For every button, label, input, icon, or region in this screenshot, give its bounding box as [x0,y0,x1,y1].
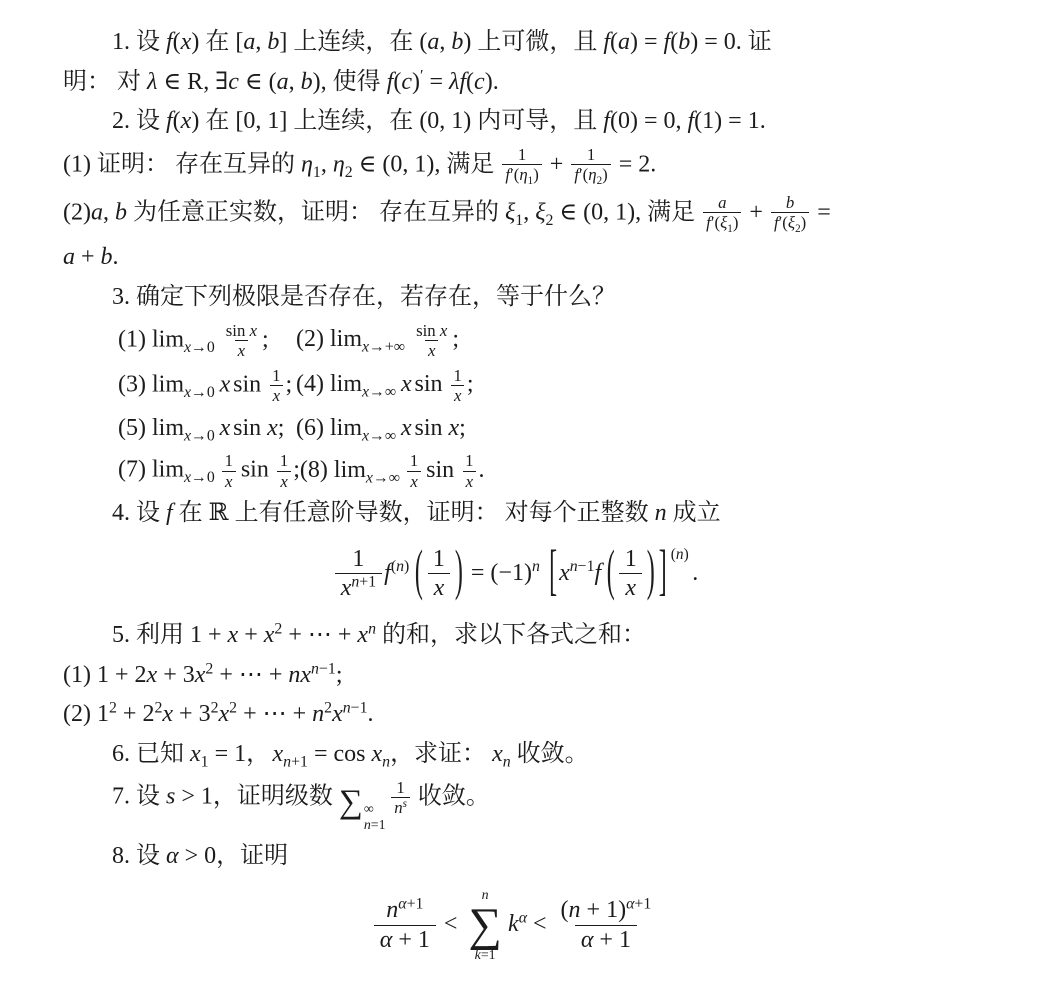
numerator: 1 [407,451,421,470]
math-variable: n [676,546,684,563]
math-run: x [371,741,382,767]
denominator: f′(η2) [571,164,610,187]
math-run: + [743,200,769,226]
math-run: α + 1 [581,927,631,953]
math-symbol: ) [602,165,608,184]
text: 证 [742,29,772,55]
math-symbol: −1 [319,660,336,677]
math-symbol: < [438,911,464,937]
math-variable: α [380,927,393,953]
math-roman: lim [330,371,362,397]
math-symbol: 2 [211,700,219,717]
group-content: 1x [425,545,453,604]
math-variable: x [184,384,191,401]
math-variable: s [166,783,175,809]
math-symbol: (0) = 0, [610,108,688,134]
denominator: x [463,471,476,491]
text: 在 [199,29,235,55]
sum-lower-limit: k=1 [475,948,496,963]
subscript: 1 [515,212,523,229]
subscript: x→∞ [362,427,396,444]
math-symbol: 7. [112,783,136,809]
math-run: x [238,341,245,360]
subscript: 2 [345,164,353,181]
fraction: 1x [427,545,451,604]
math-variable: n [532,558,540,575]
subscript: n [503,754,511,771]
math-symbol: ; [286,371,293,397]
text: 成立 [667,500,721,526]
math-symbol: ′( [510,165,519,184]
problem2-part2: (2)a, b 为任意正实数，证明： 存在互异的 ξ1, ξ2 ∈ (0, 1)… [63,193,968,235]
math-variable: x [267,415,278,441]
math-symbol: . [479,457,485,483]
math-variable: f [166,108,173,134]
text: 为任意正实数，证明： 存在互异的 [133,200,505,226]
math-roman: lim [152,415,184,441]
math-run: η [301,151,313,177]
denominator: ns [391,797,410,817]
numerator: 1 [222,451,236,470]
math-run: 1 [454,366,462,385]
math-symbol: 1 [454,366,462,385]
math-symbol: 1. [112,29,136,55]
math-run: f [594,559,601,585]
math-variable: a [63,244,75,270]
math-symbol: (5) [118,415,152,441]
superscript: (n) [391,558,409,575]
math-symbol: . [113,244,119,270]
math-run: (3) [118,371,152,397]
group-content: xn−1f(1x) [559,545,657,604]
math-run: f(0) = 0, f(1) = 1. [603,108,765,134]
math-variable: n [569,897,581,923]
math-variable: a [91,200,103,226]
denominator: α + 1 [374,925,436,955]
math-variable: α [519,909,527,926]
math-run: ) [801,213,807,232]
math-run: x [273,386,280,405]
document-page: 1. 设 f(x) 在 [a, b] 上连续，在 (a, b) 上可微，且 f(… [0,0,1058,994]
fraction: sin xx [223,321,260,361]
close-paren: ) [647,534,655,613]
math-symbol: + 1 [392,927,430,953]
sum-lower-limit: n=1 [364,818,386,834]
math-variable: ξ [535,200,545,226]
math-variable: c [401,69,412,95]
math-run: ) [533,165,539,184]
math-run: = (−1) [465,559,532,585]
subscript: x→0 [184,384,215,401]
superscript: s [403,798,407,810]
superscript: n [532,558,540,575]
math-symbol: 2. [112,108,136,134]
math-symbol: 1 [280,451,288,470]
text: 设 [136,500,166,526]
math-symbol: →+∞ [369,338,405,355]
math-roman: lim [334,457,366,483]
fraction: 1f′(η1) [502,145,541,187]
math-variable: α [581,927,594,953]
math-variable: x [273,386,280,405]
math-variable: nx [288,662,311,688]
fraction: 1x [277,451,291,491]
math-run: x [428,341,435,360]
math-run: 4. [112,500,136,526]
math-run: 3. [112,284,136,310]
math-variable: x [184,469,191,486]
math-run: = [308,741,334,767]
close-bracket: ] [659,534,667,613]
math-variable: x [195,662,206,688]
math-variable: x [341,575,352,601]
math-symbol: + 3 [173,701,211,727]
subscript: x→+∞ [362,338,405,355]
denominator: x [619,573,642,603]
math-roman: sin [414,415,448,441]
math-run: (2)a, b [63,200,133,226]
superscript: n−1 [311,660,336,677]
math-variable: x [238,341,245,360]
math-variable: n [283,754,291,771]
math-symbol: , ∃ [203,69,228,95]
sum-inline: ∑∞n=1 [339,783,386,809]
text: ， [246,741,270,767]
math-variable: x [401,371,412,397]
math-variable: a [243,29,255,55]
numerator: 1 [515,145,529,164]
math-variable: η [519,165,527,184]
math-symbol: ) [733,213,739,232]
math-symbol: ; [278,415,285,441]
text: 上有任意阶导数，证明： 对每个正整数 [229,500,655,526]
denominator: x [428,573,451,603]
math-symbol: ( [173,108,181,134]
math-variable: b [451,29,463,55]
delimited-group: [xn−1f(1x)] [547,545,669,604]
math-variable: f [166,500,173,526]
math-roman: sin [426,457,460,483]
math-run: 1 [352,546,364,572]
math-run: k [508,911,519,937]
math-run: x [410,472,417,491]
math-roman: sin [226,321,250,340]
math-variable: x [362,338,369,355]
math-variable: b [678,29,690,55]
math-symbol: 1 [396,778,404,797]
problem3-row3: (5) limx→0xsin x;(6) limx→∞xsin x; [63,412,968,446]
math-run: ; [262,326,269,352]
math-symbol: 4. [112,500,136,526]
math-symbol: 1 + [190,622,228,648]
subscript: 1 [313,164,321,181]
problem1-line2: 明： 对 λ ∈ R, ∃c ∈ (a, b), 使得 f(c)′ = λf(c… [63,66,968,100]
math-symbol: + ⋯ + [237,701,312,727]
math-symbol: ′( [711,213,720,232]
subscript: x→0 [184,427,215,444]
math-symbol: ( [670,29,678,55]
problem5-part2: (2) 12 + 22x + 32x2 + ⋯ + n2xn−1. [63,698,968,732]
numerator: 1 [451,366,465,385]
math-run: + 2 [117,701,155,727]
limit-item-left: (1) limx→0sin xx; [118,321,296,361]
fraction: 1x [462,451,476,491]
math-run: . [368,701,374,727]
superscript: 2 [211,700,219,717]
math-run: x [225,472,232,491]
numerator: sin x [413,321,450,340]
math-symbol: , [289,69,301,95]
math-roman: R [187,69,203,95]
math-variable: n [394,798,402,817]
math-symbol: (1) 1 + 2 [63,662,147,688]
math-run: n [386,897,398,923]
text: 确定下列极限是否存在，若存在，等于什么？ [136,284,616,310]
math-run: (1) 1 + 2x + 3x [63,662,205,688]
math-symbol: ) [412,69,420,95]
math-variable: η [588,165,596,184]
math-symbol: ( [610,29,618,55]
math-run: [0, 1] [235,108,287,134]
math-symbol: 6. [112,741,136,767]
math-variable: ξ [505,200,515,226]
math-symbol: ; [459,415,466,441]
math-run: 8. [112,843,136,869]
text: 设 [136,108,166,134]
math-run: (6) [296,415,330,441]
text: 在 [199,108,235,134]
sum-limits: ∞n=1 [364,802,386,834]
fraction: 1x [407,451,421,491]
math-symbol: 1 [625,546,637,572]
math-variable: x [184,338,191,355]
numerator: 1 [584,145,598,164]
fraction: 1xn+1 [335,545,382,604]
math-run: f(c) [387,69,420,95]
math-symbol: > 1 [175,783,213,809]
problem2-part2-cont: a + b. [63,241,968,275]
math-run: s > 1 [166,783,213,809]
math-variable: x [362,427,369,444]
subscript: x→0 [184,469,215,486]
math-symbol: = [308,741,334,767]
numerator: b [783,193,797,212]
math-symbol: ′( [779,213,788,232]
math-run: x + 3 [162,701,210,727]
math-symbol: ∞ [364,802,374,817]
math-run: (0, 1) [419,108,471,134]
math-run: ∈ (0, 1), [353,151,441,177]
math-symbol: 1 [225,451,233,470]
math-variable: x [492,741,503,767]
math-symbol: + 2 [117,701,155,727]
math-symbol: →∞ [369,427,396,444]
math-variable: x [264,622,275,648]
math-symbol: 2 [109,700,117,717]
fraction: (n + 1)α+1α + 1 [555,896,658,955]
math-run: x [625,575,636,601]
text: ，证明级数 [213,783,339,809]
math-symbol: ∈ (0, 1), [553,200,641,226]
text: 设 [136,783,166,809]
math-symbol: 1 [201,754,209,771]
math-variable: x [366,469,373,486]
math-symbol: 1 [465,451,473,470]
superscript: n−1 [570,558,595,575]
sum-upper-limit: ∞ [364,802,374,818]
subscript: 1 [201,754,209,771]
math-symbol: 1 [313,164,321,181]
fraction: sin xx [413,321,450,361]
math-symbol: + 1) [581,897,627,923]
math-run: f [166,500,173,526]
math-run: f′(ξ [774,213,795,232]
math-run: x [454,386,461,405]
math-symbol: +1 [634,895,651,912]
math-run: f(a) = f(b) = 0. [603,29,741,55]
math-variable: x [454,386,461,405]
problem3-row2: (3) limx→0xsin 1x;(4) limx→∞xsin 1x; [63,366,968,406]
math-variable: n [368,620,376,637]
math-run: f′(ξ [706,213,727,232]
denominator: x [425,340,438,360]
math-symbol: ) [684,546,689,563]
math-symbol: 1 [272,366,280,385]
math-variable: a [618,29,630,55]
math-variable: x [332,701,343,727]
numerator: 1 [427,545,451,574]
math-run: x [332,701,343,727]
math-variable: x [434,575,445,601]
math-run: (5) [118,415,152,441]
math-run: (n + 1) [561,897,627,923]
math-variable: x [371,741,382,767]
math-roman: lim [152,326,184,352]
text: 的和，求以下各式之和： [376,622,646,648]
text: 上连续，在 [287,29,419,55]
fraction: bf′(ξ2) [771,193,809,235]
text: 已知 [136,741,190,767]
math-run: [a, b] [235,29,287,55]
problem4-intro: 4. 设 f 在 ℝ 上有任意阶导数，证明： 对每个正整数 n 成立 [63,497,968,531]
math-variable: x [362,384,369,401]
math-run: x [250,321,257,340]
text: 上可微，且 [471,29,603,55]
superscript: 2 [109,700,117,717]
math-symbol: (8) [300,457,334,483]
text: 利用 [136,622,190,648]
math-symbol: 1 [518,145,526,164]
math-symbol: (1) = 1. [694,108,766,134]
superscript: n+1 [351,574,376,591]
math-run: x [341,575,352,601]
math-symbol: ′( [579,165,588,184]
numerator: 1 [277,451,291,470]
math-run: 2. [112,108,136,134]
math-run: x [434,575,445,601]
sigma-icon: ∑ [339,783,363,820]
math-run: (a, b) [419,29,471,55]
math-symbol: , [439,29,451,55]
math-run: ∈ (0, 1), [553,200,641,226]
math-run: (2) 1 [63,701,109,727]
denominator: x [222,471,235,491]
math-symbol: (7) [118,457,152,483]
fraction: nα+1α + 1 [374,896,436,955]
limit-item-left: (7) limx→01xsin 1x; [118,451,300,491]
math-run: 1 [465,451,473,470]
math-symbol: →0 [191,384,215,401]
math-symbol: ) [404,558,409,575]
text: 在 [173,500,209,526]
math-run: α > 0 [166,843,216,869]
math-run: ) [733,213,739,232]
math-variable: n [311,660,319,677]
text: 收敛。 [511,741,589,767]
denominator: x [451,385,464,405]
math-variable: x [220,371,231,397]
math-variable: x [219,701,230,727]
math-run: 1 [518,145,526,164]
math-variable: x [184,427,191,444]
math-run: a [718,193,726,212]
text: 满足 [641,200,701,226]
math-variable: f [594,559,601,585]
denominator: f′(ξ1) [703,212,741,235]
math-symbol: . [692,559,698,585]
text: 使得 [327,69,387,95]
math-symbol: ( [561,897,569,923]
math-run: ; [293,457,300,483]
math-run: < [527,911,553,937]
numerator: nα+1 [380,896,429,925]
math-roman: ℝ [209,500,229,526]
math-variable: f [603,29,610,55]
math-variable: η [301,151,313,177]
limit-item-right: (2) limx→+∞sin xx; [296,326,459,352]
text: 上连续，在 [287,108,419,134]
math-variable: n [386,897,398,923]
math-symbol: , [523,200,535,226]
math-variable: b [267,29,279,55]
math-variable: n [312,701,324,727]
math-run: + [544,151,570,177]
math-variable: x [559,559,570,585]
problem8-equation: nα+1α + 1 < n∑k=1kα < (n + 1)α+1α + 1 [63,888,968,963]
problem8: 8. 设 α > 0，证明 [63,840,968,874]
denominator: f′(ξ2) [771,212,809,235]
open-bracket: [ [549,534,557,613]
delimited-group: (1x) [605,545,657,604]
fraction: 1x [451,366,465,406]
superscript: n−1 [343,700,368,717]
math-run: b [786,193,794,212]
math-symbol: (2) [296,326,330,352]
denominator: x [277,471,290,491]
math-run: x [440,321,447,340]
text: 内可导，且 [471,108,603,134]
math-symbol: ) [533,165,539,184]
denominator: x [235,340,248,360]
fraction: 1f′(η2) [571,145,610,187]
math-symbol: ; [293,457,300,483]
fraction: 1x [269,366,283,406]
math-variable: ξ [788,213,795,232]
math-run: ξ [505,200,515,226]
math-variable: x [228,622,239,648]
math-symbol: 1 [410,451,418,470]
math-symbol: + ⋯ + [282,622,357,648]
